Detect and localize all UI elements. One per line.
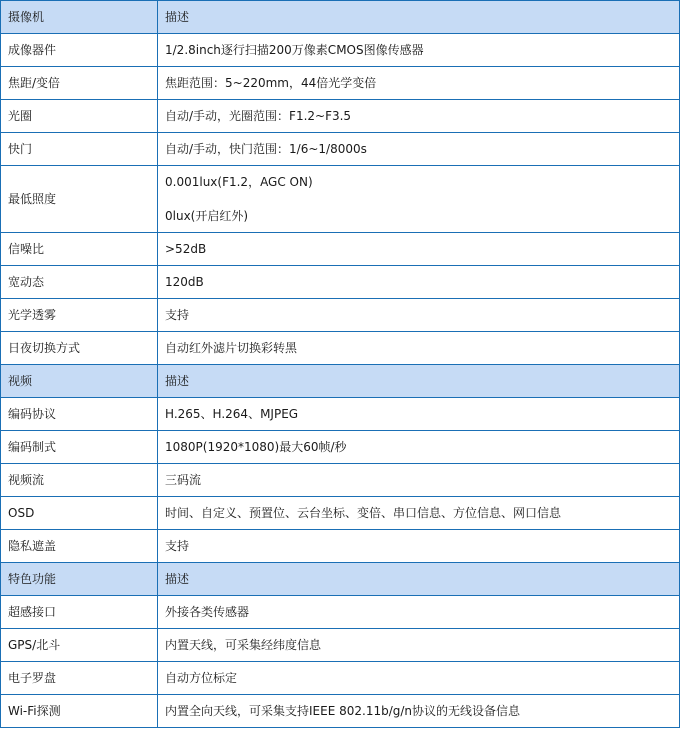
row-label: 信噪比 [1, 233, 158, 266]
row-value: H.265、H.264、MJPEG [158, 398, 680, 431]
row-label: 成像器件 [1, 34, 158, 67]
row-value: 0.001lux(F1.2，AGC ON) 0lux(开启红外) [158, 166, 680, 233]
section-desc-header: 描述 [158, 365, 680, 398]
table-row: 信噪比 >52dB [1, 233, 680, 266]
row-label: 光圈 [1, 100, 158, 133]
table-row: 隐私遮盖 支持 [1, 530, 680, 563]
table-row: 焦距/变倍 焦距范围：5~220mm，44倍光学变倍 [1, 67, 680, 100]
table-row: OSD 时间、自定义、预置位、云台坐标、变倍、串口信息、方位信息、网口信息 [1, 497, 680, 530]
row-value: 外接各类传感器 [158, 596, 680, 629]
row-label: 快门 [1, 133, 158, 166]
row-label: GPS/北斗 [1, 629, 158, 662]
row-value: 支持 [158, 299, 680, 332]
section-header-video: 视频 描述 [1, 365, 680, 398]
row-label: 最低照度 [1, 166, 158, 233]
section-title: 摄像机 [1, 1, 158, 34]
row-value: 1/2.8inch逐行扫描200万像素CMOS图像传感器 [158, 34, 680, 67]
row-value: 内置全向天线，可采集支持IEEE 802.11b/g/n协议的无线设备信息 [158, 695, 680, 728]
row-label: 日夜切换方式 [1, 332, 158, 365]
row-label: 宽动态 [1, 266, 158, 299]
table-row: GPS/北斗 内置天线，可采集经纬度信息 [1, 629, 680, 662]
table-row: 超感接口 外接各类传感器 [1, 596, 680, 629]
row-label: 电子罗盘 [1, 662, 158, 695]
row-label: 焦距/变倍 [1, 67, 158, 100]
section-title: 视频 [1, 365, 158, 398]
row-value: 焦距范围：5~220mm，44倍光学变倍 [158, 67, 680, 100]
row-label: 隐私遮盖 [1, 530, 158, 563]
row-value: 内置天线，可采集经纬度信息 [158, 629, 680, 662]
table-row: 电子罗盘 自动方位标定 [1, 662, 680, 695]
section-title: 特色功能 [1, 563, 158, 596]
row-value: 自动红外滤片切换彩转黑 [158, 332, 680, 365]
row-value-line: 0.001lux(F1.2，AGC ON) [165, 174, 679, 190]
row-value: 1080P(1920*1080)最大60帧/秒 [158, 431, 680, 464]
row-label: 编码协议 [1, 398, 158, 431]
table-row: 光圈 自动/手动，光圈范围：F1.2~F3.5 [1, 100, 680, 133]
row-value: 自动/手动，快门范围：1/6~1/8000s [158, 133, 680, 166]
table-row: 成像器件 1/2.8inch逐行扫描200万像素CMOS图像传感器 [1, 34, 680, 67]
row-label: OSD [1, 497, 158, 530]
row-label: 编码制式 [1, 431, 158, 464]
section-desc-header: 描述 [158, 563, 680, 596]
table-row: 宽动态 120dB [1, 266, 680, 299]
table-row: 快门 自动/手动，快门范围：1/6~1/8000s [1, 133, 680, 166]
row-label: 超感接口 [1, 596, 158, 629]
row-value-line: 0lux(开启红外) [165, 208, 679, 224]
table-row: 编码制式 1080P(1920*1080)最大60帧/秒 [1, 431, 680, 464]
row-value: 时间、自定义、预置位、云台坐标、变倍、串口信息、方位信息、网口信息 [158, 497, 680, 530]
row-value: 自动/手动，光圈范围：F1.2~F3.5 [158, 100, 680, 133]
row-label: 光学透雾 [1, 299, 158, 332]
table-row: 光学透雾 支持 [1, 299, 680, 332]
section-desc-header: 描述 [158, 1, 680, 34]
row-value: 120dB [158, 266, 680, 299]
row-value: 自动方位标定 [158, 662, 680, 695]
table-row: 最低照度 0.001lux(F1.2，AGC ON) 0lux(开启红外) [1, 166, 680, 233]
row-value: >52dB [158, 233, 680, 266]
table-row: 视频流 三码流 [1, 464, 680, 497]
spec-table: 摄像机 描述 成像器件 1/2.8inch逐行扫描200万像素CMOS图像传感器… [0, 0, 680, 728]
section-header-camera: 摄像机 描述 [1, 1, 680, 34]
row-label: Wi-Fi探测 [1, 695, 158, 728]
table-row: 日夜切换方式 自动红外滤片切换彩转黑 [1, 332, 680, 365]
table-row: Wi-Fi探测 内置全向天线，可采集支持IEEE 802.11b/g/n协议的无… [1, 695, 680, 728]
section-header-features: 特色功能 描述 [1, 563, 680, 596]
table-row: 编码协议 H.265、H.264、MJPEG [1, 398, 680, 431]
row-value: 支持 [158, 530, 680, 563]
row-value: 三码流 [158, 464, 680, 497]
row-label: 视频流 [1, 464, 158, 497]
